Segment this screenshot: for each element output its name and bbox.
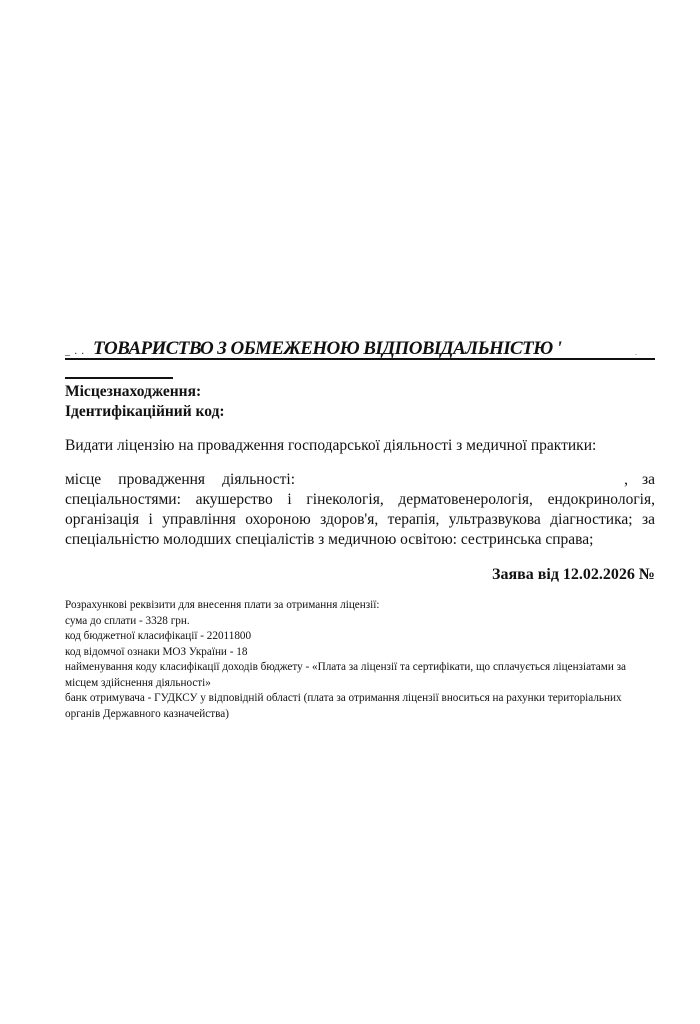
requisites-amount: сума до сплати - 3328 грн. <box>65 614 655 630</box>
requisites-income-code-name-2: місцем здійснення діяльності» <box>65 676 655 692</box>
specialties-line-4: спеціальністю молодших спеціалістів з ме… <box>65 530 655 550</box>
place-line-1: місце провадження діяльності: , за <box>65 470 655 490</box>
place-word-2: провадження <box>118 470 205 490</box>
organization-name: ТОВАРИСТВО З ОБМЕЖЕНОЮ ВІДПОВІДАЛЬНІСТЮ … <box>93 338 561 360</box>
id-code-label: Ідентифікаційний код: <box>65 403 225 421</box>
requisites-title: Розрахункові реквізити для внесення плат… <box>65 598 655 614</box>
place-word-3: діяльності: <box>222 470 295 490</box>
title-trailing-mark: . <box>635 348 637 357</box>
requisites-bank-2: органів Державного казначейства) <box>65 707 655 723</box>
requisites-bank-1: банк отримувача - ГУДКСУ у відповідній о… <box>65 691 655 707</box>
payment-requisites: Розрахункові реквізити для внесення плат… <box>65 598 655 722</box>
organization-title-row: _ . . ТОВАРИСТВО З ОБМЕЖЕНОЮ ВІДПОВІДАЛЬ… <box>65 336 655 360</box>
specialties-line-2: спеціальностями: акушерство і гінекологі… <box>65 490 655 510</box>
requisites-ministry-code: код відомчої ознаки МОЗ України - 18 <box>65 645 655 661</box>
document-page: _ . . ТОВАРИСТВО З ОБМЕЖЕНОЮ ВІДПОВІДАЛЬ… <box>0 0 700 1024</box>
place-za: за <box>642 470 655 490</box>
license-request-text: Видати ліцензію на провадження господарс… <box>65 436 655 456</box>
place-of-activity-paragraph: місце провадження діяльності: , за спеці… <box>65 470 655 550</box>
requisites-budget-code: код бюджетної класифікації - 22011800 <box>65 629 655 645</box>
specialties-line-3: організація і управління охороною здоров… <box>65 510 655 530</box>
location-label: Місцезнаходження: <box>65 383 201 401</box>
place-comma: , <box>624 470 628 490</box>
title-leading-marks: _ . . <box>65 346 85 357</box>
place-word-1: місце <box>65 470 101 490</box>
requisites-income-code-name-1: найменування коду класифікації доходів б… <box>65 660 655 676</box>
application-date: Заява від 12.02.2026 № <box>492 566 655 584</box>
divider-short <box>65 377 173 379</box>
